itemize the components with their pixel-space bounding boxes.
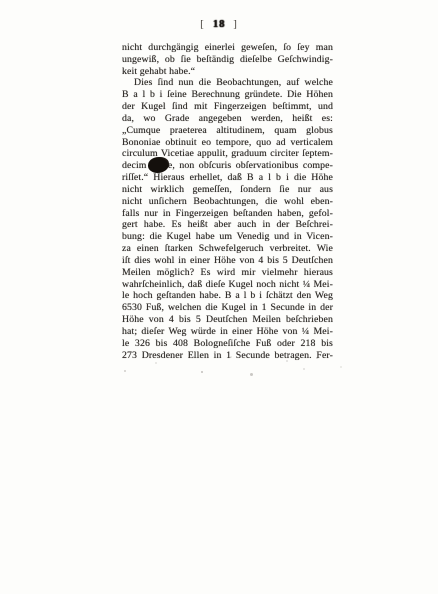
text-line: riſſet.“ Hieraus erhellet, daß B a l b i…	[122, 172, 333, 184]
text-line: ungewiß, ob ſie beſtändig dieſelbe Geſch…	[122, 54, 333, 66]
paper-speck	[155, 362, 157, 364]
page-number: 18	[213, 19, 226, 30]
text-line: nicht wirklich gemeſſen, ſondern ſie nur…	[122, 184, 333, 196]
text-line: bung: die Kugel habe um Venedig und in V…	[122, 231, 333, 243]
text-line: nicht durchgängig einerlei geweſen, ſo ſ…	[122, 42, 333, 54]
text-line: iſt dies wohl in einer Höhe von 4 bis 5 …	[122, 255, 333, 267]
page-number-header: [18]	[116, 18, 322, 30]
text-line: 273 Dresdener Ellen in 1 Secunde betrage…	[122, 350, 333, 362]
text-line: „Cumque praeterea altitudinem, quam glob…	[122, 125, 333, 137]
text-line: keit gehabt habe.“	[122, 66, 333, 78]
text-line: Bononiae obtinuit eo tempore, quo ad ver…	[122, 137, 333, 149]
text-line: Dies ſind nun die Beobachtungen, auf wel…	[122, 77, 333, 89]
paper-speck	[201, 371, 203, 373]
ink-blot: fuiſ	[151, 160, 165, 171]
text-line: za einen ſtarken Schwefelgeruch verbreit…	[122, 243, 333, 255]
text-line: decim fuiſſe, non obſcuris obſervationib…	[122, 160, 333, 172]
text-segment: decim	[122, 160, 151, 171]
paper-speck	[340, 366, 342, 368]
text-line: le 326 bis 408 Bologneſiſche Fuß oder 21…	[122, 338, 333, 350]
book-page: [18] nicht durchgängig einerlei geweſen,…	[0, 0, 438, 594]
paper-speck	[124, 370, 126, 372]
text-line: falls nur in Fingerzeigen beſtanden habe…	[122, 208, 333, 220]
text-line: le hoch geſtanden habe. B a l b i ſchätz…	[122, 290, 333, 302]
text-line: Höhe von 4 bis 5 Deutſchen Meilen beſchr…	[122, 314, 333, 326]
paper-speck	[230, 356, 232, 358]
text-line: 6530 Fuß, welchen die Kugel in 1 Secunde…	[122, 302, 333, 314]
text-line: wahrſcheinlich, daß dieſe Kugel noch nic…	[122, 279, 333, 291]
text-line: hat; dieſer Weg würde in einer Höhe von …	[122, 326, 333, 338]
paper-speck	[180, 356, 182, 358]
text-line: da, wo Grade angegeben werden, heißt es:	[122, 113, 333, 125]
text-line: B a l b i ſeine Berechnung gründete. Die…	[122, 89, 333, 101]
bracket-left: [	[200, 18, 205, 30]
text-line: der Kugel ſind mit Fingerzeigen beſtimmt…	[122, 101, 333, 113]
paper-speck	[250, 373, 253, 376]
paper-speck	[316, 357, 318, 359]
paper-speck	[286, 360, 288, 362]
paper-speck	[303, 368, 305, 370]
text-block: nicht durchgängig einerlei geweſen, ſo ſ…	[122, 42, 333, 361]
text-segment: ſe, non obſcuris obſervationibus compe-	[165, 160, 333, 171]
bracket-right: ]	[233, 18, 238, 30]
text-line: gert habe. Es heißt aber auch in der Beſ…	[122, 219, 333, 231]
text-line: Meilen möglich? Es wird mir vielmehr hie…	[122, 267, 333, 279]
text-line: nicht unſichern Beobachtungen, die wohl …	[122, 196, 333, 208]
